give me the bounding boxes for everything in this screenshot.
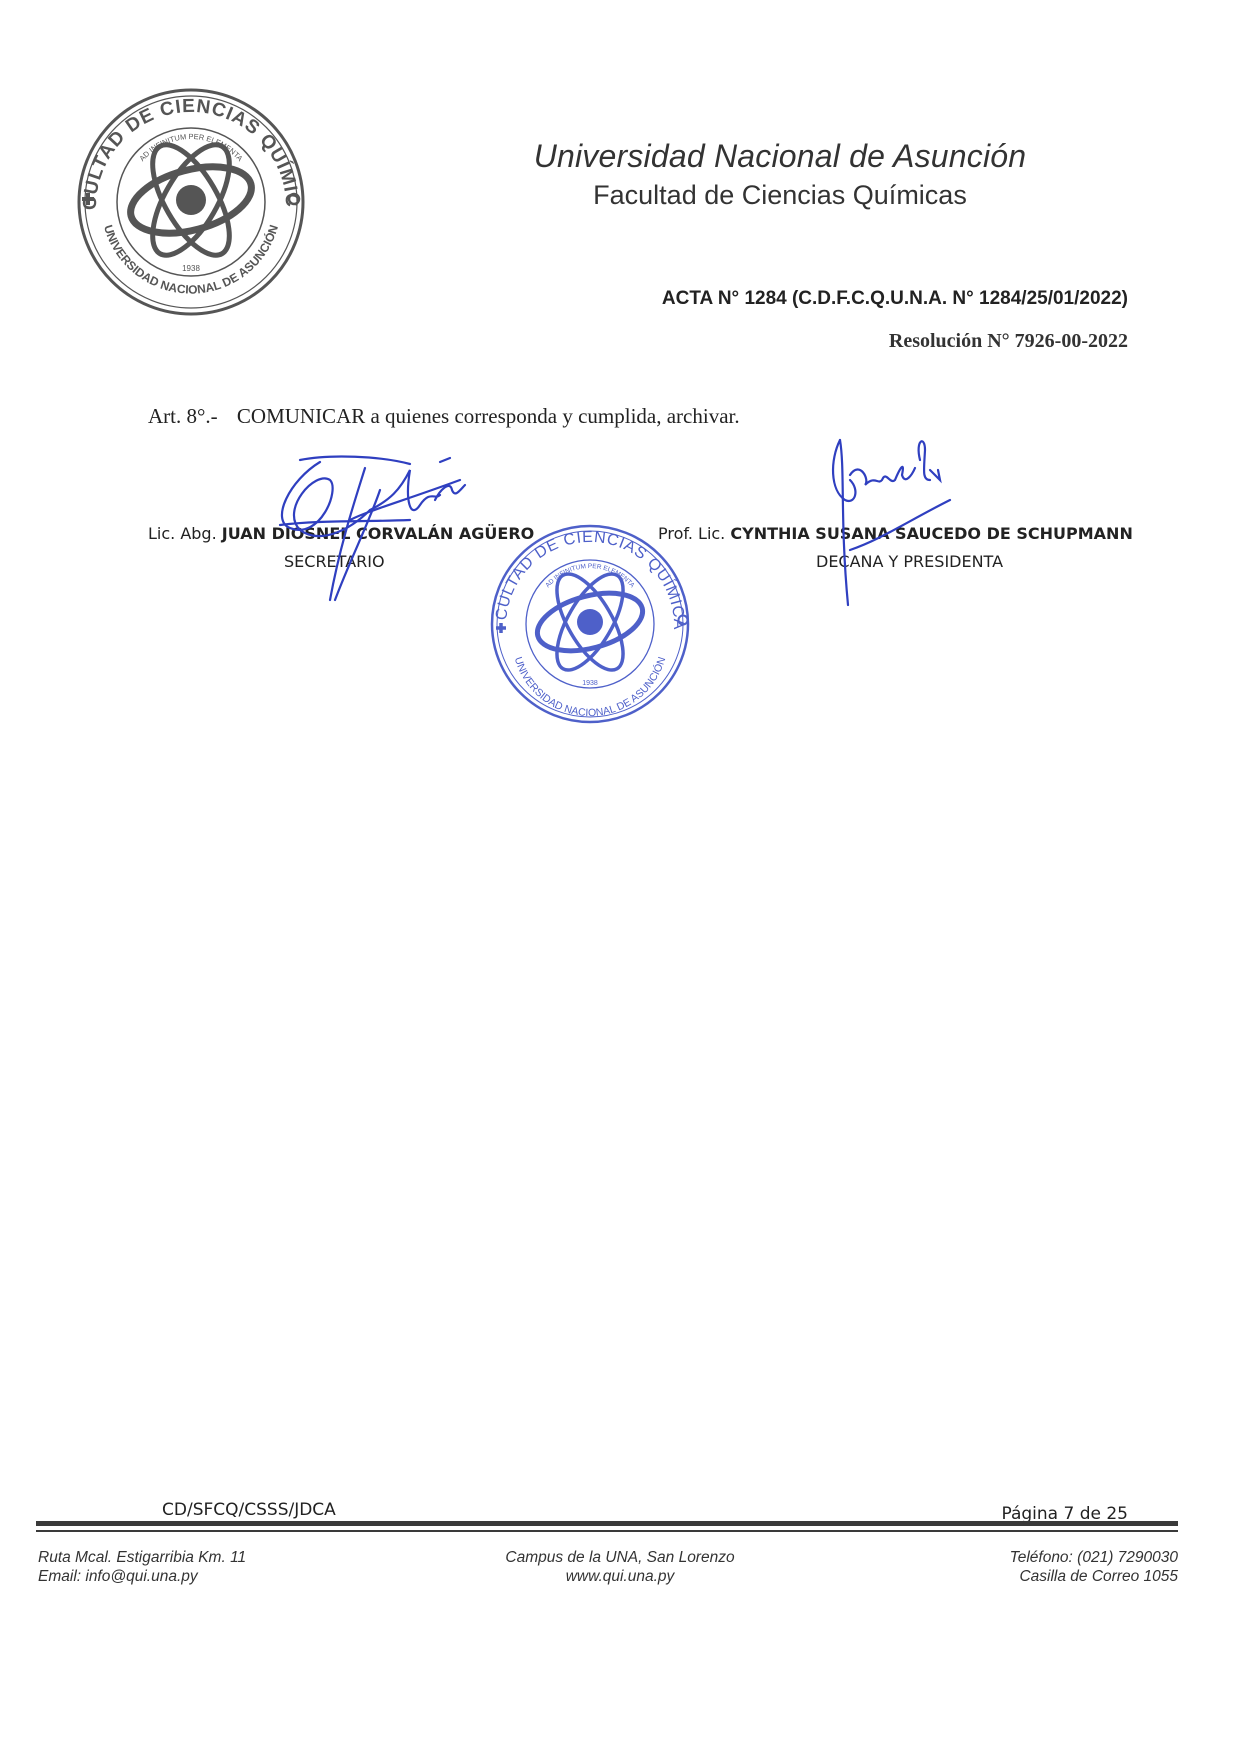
university-name: Universidad Nacional de Asunción bbox=[480, 138, 1080, 175]
resolution-number: Resolución N° 7926-00-2022 bbox=[889, 330, 1128, 353]
signatory-dean-role: DECANA Y PRESIDENTA bbox=[816, 552, 1003, 571]
footer-email: Email: info@qui.una.py bbox=[38, 1567, 246, 1586]
footer-reference: CD/SFCQ/CSSS/JDCA bbox=[162, 1500, 336, 1520]
faculty-seal-logo: FACULTAD DE CIENCIAS QUÍMICAS AD INFINIT… bbox=[66, 82, 316, 322]
svg-text:UNIVERSIDAD NACIONAL DE ASUNCI: UNIVERSIDAD NACIONAL DE ASUNCIÓN bbox=[512, 656, 669, 720]
signatory-secretary-name: Lic. Abg. JUAN DIOSNEL CORVALÁN AGÜERO bbox=[148, 524, 534, 543]
signature-dean bbox=[820, 430, 970, 610]
footer-address: Ruta Mcal. Estigarribia Km. 11 Email: in… bbox=[38, 1548, 246, 1586]
footer-po-box: Casilla de Correo 1055 bbox=[1010, 1567, 1178, 1586]
footer-contact: Teléfono: (021) 7290030 Casilla de Corre… bbox=[1010, 1548, 1178, 1586]
official-stamp: FACULTAD DE CIENCIAS QUÍMICAS AD INFINIT… bbox=[484, 520, 696, 728]
faculty-name: Facultad de Ciencias Químicas bbox=[480, 180, 1080, 211]
article-text: COMUNICAR a quienes corresponda y cumpli… bbox=[237, 404, 740, 428]
article-number: Art. 8°.- bbox=[148, 404, 218, 428]
signatory-secretary-role: SECRETARIO bbox=[284, 552, 385, 571]
footer-campus: Campus de la UNA, San Lorenzo www.qui.un… bbox=[430, 1548, 810, 1586]
svg-text:1938: 1938 bbox=[582, 680, 598, 687]
signatory-dean-name: Prof. Lic. CYNTHIA SUSANA SAUCEDO DE SCH… bbox=[658, 524, 1133, 543]
acta-number: ACTA N° 1284 (C.D.F.C.Q.U.N.A. N° 1284/2… bbox=[662, 288, 1128, 310]
footer-divider-thick bbox=[36, 1521, 1178, 1526]
svg-text:1938: 1938 bbox=[182, 264, 200, 273]
footer-divider-thin bbox=[36, 1530, 1178, 1532]
footer-website: www.qui.una.py bbox=[430, 1567, 810, 1586]
footer-phone: Teléfono: (021) 7290030 bbox=[1010, 1548, 1178, 1567]
article-8: Art. 8°.- COMUNICAR a quienes correspond… bbox=[148, 404, 740, 429]
